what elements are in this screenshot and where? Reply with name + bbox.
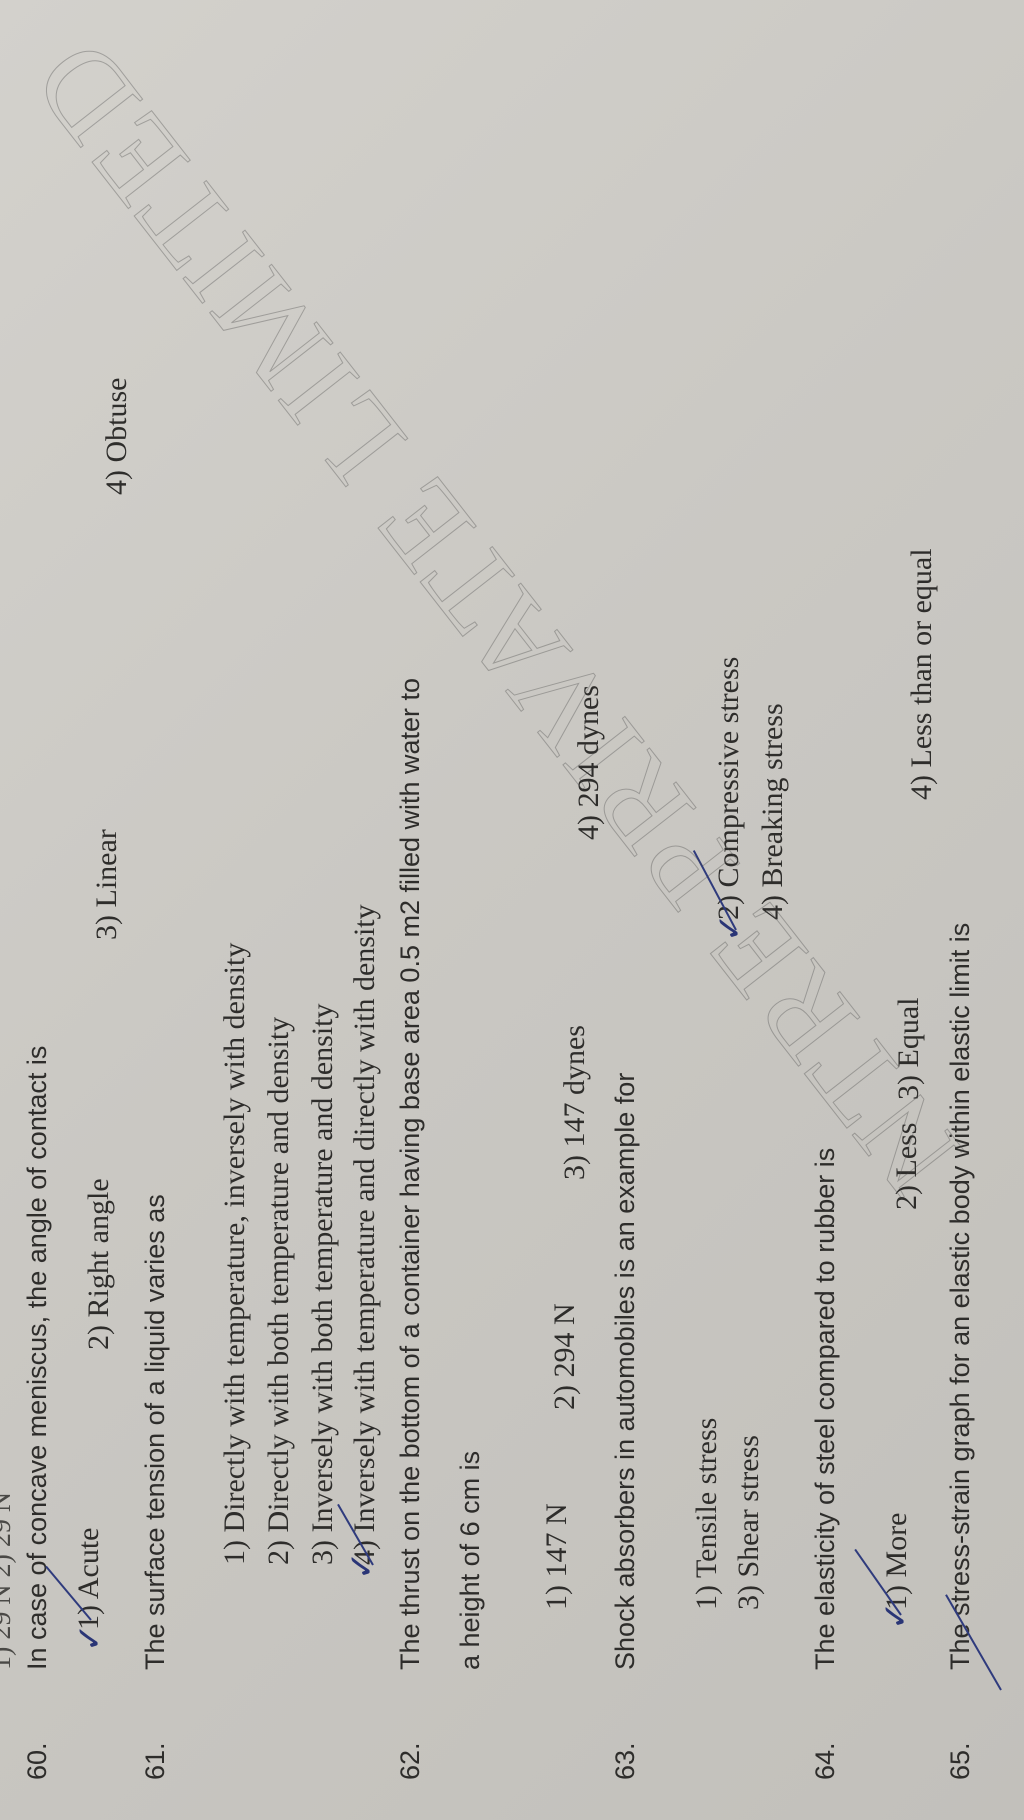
question-number: 64. — [810, 1742, 841, 1780]
option-61-1[interactable]: 1) Directly with temperature, inversely … — [218, 943, 252, 1565]
question-62-line2: a height of 6 cm is — [455, 1451, 486, 1670]
option-61-2[interactable]: 2) Directly with both temperature and de… — [262, 1017, 296, 1565]
option-62-1[interactable]: 1) 147 N — [540, 1503, 574, 1610]
option-64-4[interactable]: 4) Less than or equal — [905, 548, 939, 800]
question-text: In case of concave meniscus, the angle o… — [22, 1046, 53, 1670]
option-63-1[interactable]: 1) Tensile stress — [690, 1418, 724, 1610]
option-61-3[interactable]: 3) Inversely with both temperature and d… — [306, 1003, 340, 1565]
question-number: 60. — [22, 1742, 53, 1780]
question-text: The stress-strain graph for an elastic b… — [945, 923, 976, 1670]
question-text: The surface tension of a liquid varies a… — [140, 1194, 171, 1670]
partial-previous-options: 1) 29 N 2) 29 N — [0, 1492, 18, 1670]
option-60-2[interactable]: 2) Right angle — [82, 1178, 116, 1350]
watermark: NTRE PRIVATE LIMITED — [3, 13, 989, 1220]
question-page: 1) 29 N 2) 29 N 60. In case of concave m… — [0, 0, 1024, 1820]
option-62-2[interactable]: 2) 294 N — [548, 1303, 582, 1410]
option-63-3[interactable]: 3) Shear stress — [732, 1435, 766, 1610]
option-61-4[interactable]: 4) Inversely with temperature and direct… — [348, 904, 382, 1565]
option-62-3[interactable]: 3) 147 dynes — [558, 1025, 592, 1180]
question-text: The elasticity of steel compared to rubb… — [810, 1148, 841, 1670]
question-number: 62. — [395, 1742, 426, 1780]
check-mark-icon: ✓ — [342, 1552, 382, 1581]
option-60-1[interactable]: 1) Acute — [72, 1528, 106, 1630]
option-60-4[interactable]: 4) Obtuse — [100, 378, 134, 495]
check-mark-icon: ✓ — [70, 1624, 110, 1653]
question-number: 63. — [610, 1742, 641, 1780]
option-60-3[interactable]: 3) Linear — [90, 829, 124, 940]
question-number: 65. — [945, 1742, 976, 1780]
question-number: 61. — [140, 1742, 171, 1780]
question-text: The thrust on the bottom of a container … — [395, 678, 426, 1670]
question-text: Shock absorbers in automobiles is an exa… — [610, 1073, 641, 1670]
